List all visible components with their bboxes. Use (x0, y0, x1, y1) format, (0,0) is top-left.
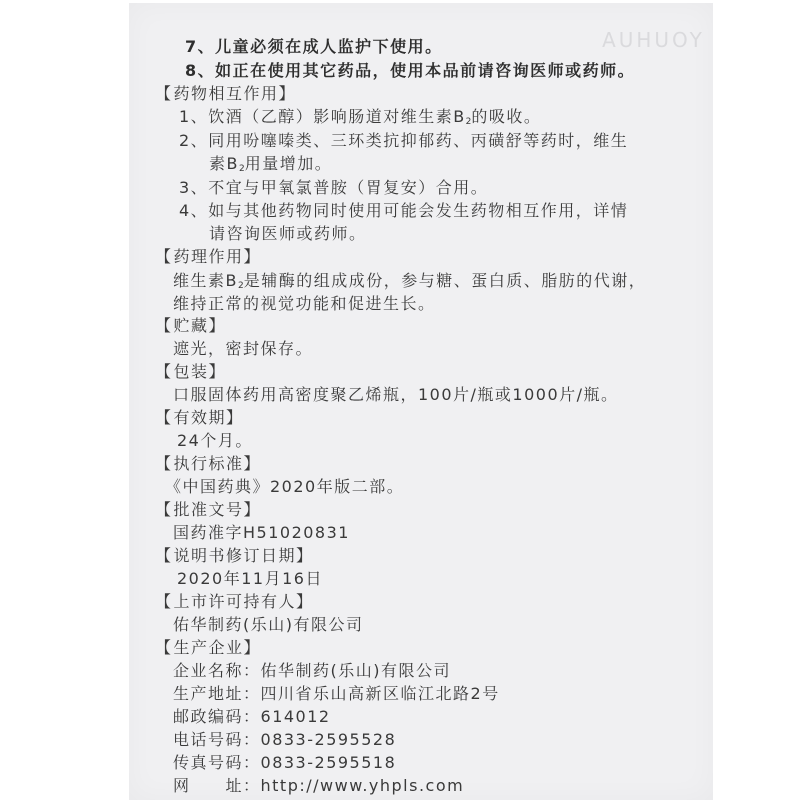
section-title-standard: 执行标准 (155, 454, 261, 474)
field-value: 0833-2595518 (261, 753, 397, 772)
precaution-item-8: 8、如正在使用其它药品，使用本品前请咨询医师或药师。 (185, 61, 635, 81)
section-title-storage: 贮藏 (155, 316, 226, 336)
section-title-revision-date: 说明书修订日期 (155, 546, 314, 566)
item-number: 2、 (179, 131, 208, 150)
interaction-item-1: 1、饮酒（乙醇）影响肠道对维生素B2的吸收。 (179, 107, 541, 132)
item-number: 1、 (179, 107, 208, 126)
leaflet-page: YOUHUA 7、儿童必须在成人监护下使用。 8、如正在使用其它药品，使用本品前… (129, 3, 713, 800)
manufacturer-field-postcode: 邮政编码：614012 (173, 707, 331, 727)
item-text: 的吸收。 (471, 107, 541, 126)
section-title-package: 包装 (155, 362, 226, 382)
interaction-item-2: 2、同用吩噻嗪类、三环类抗抑郁药、丙磺舒等药时，维生 (179, 131, 628, 151)
manufacturer-field-fax: 传真号码：0833-2595518 (173, 753, 396, 773)
field-label: 邮政编码： (173, 707, 261, 726)
package-text: 口服固体药用高密度聚乙烯瓶，100片/瓶或1000片/瓶。 (173, 385, 619, 405)
manufacturer-field-address: 生产地址：四川省乐山高新区临江北路2号 (173, 684, 500, 704)
bleed-through-logo: YOUHUA (599, 28, 702, 52)
interaction-item-4-cont: 请咨询医师或药师。 (209, 224, 367, 244)
item-text: 素B (209, 154, 239, 173)
item-number: 3、 (179, 178, 208, 197)
field-label: 传真号码： (173, 753, 261, 772)
text: 维生素B (173, 271, 238, 290)
section-title-manufacturer: 生产企业 (155, 638, 261, 658)
item-text: 如与其他药物同时使用可能会发生药物相互作用，详情 (208, 201, 628, 220)
standard-text: 《中国药典》2020年版二部。 (165, 477, 404, 497)
approval-text: 国药准字H51020831 (173, 523, 350, 543)
section-title-interactions: 药物相互作用 (155, 84, 296, 104)
interaction-item-4: 4、如与其他药物同时使用可能会发生药物相互作用，详情 (179, 201, 628, 221)
field-label: 企业名称： (173, 661, 261, 680)
field-label: 生产地址： (173, 684, 261, 703)
item-number: 7、 (185, 37, 215, 56)
validity-text: 24个月。 (177, 431, 253, 451)
manufacturer-field-website: 网 址：http://www.yhpls.com (173, 776, 464, 796)
item-number: 4、 (179, 201, 208, 220)
field-label: 电话号码： (173, 730, 261, 749)
section-title-pharmacology: 药理作用 (155, 247, 261, 267)
field-label: 网 址： (173, 776, 261, 795)
section-title-approval: 批准文号 (155, 500, 261, 520)
license-holder-text: 佑华制药(乐山)有限公司 (173, 615, 364, 635)
item-text: 用量增加。 (245, 154, 333, 173)
pharmacology-line-2: 维持正常的视觉功能和促进生长。 (173, 294, 436, 314)
field-value: 614012 (261, 707, 331, 726)
item-text: 饮酒（乙醇）影响肠道对维生素B (208, 107, 465, 126)
section-title-license-holder: 上市许可持有人 (155, 592, 314, 612)
item-text: 儿童必须在成人监护下使用。 (215, 37, 443, 56)
pharmacology-line-1: 维生素B2是辅酶的组成成份，参与糖、蛋白质、脂肪的代谢， (173, 271, 646, 296)
field-value: 佑华制药(乐山)有限公司 (261, 661, 452, 680)
field-value: http://www.yhpls.com (261, 776, 465, 795)
item-text: 如正在使用其它药品，使用本品前请咨询医师或药师。 (215, 61, 635, 80)
manufacturer-field-name: 企业名称：佑华制药(乐山)有限公司 (173, 661, 451, 681)
text: 是辅酶的组成成份，参与糖、蛋白质、脂肪的代谢， (244, 271, 647, 290)
precaution-item-7: 7、儿童必须在成人监护下使用。 (185, 37, 443, 57)
item-number: 8、 (185, 61, 215, 80)
section-title-validity: 有效期 (155, 408, 244, 428)
field-value: 0833-2595528 (261, 730, 397, 749)
field-value: 四川省乐山高新区临江北路2号 (261, 684, 500, 703)
manufacturer-field-phone: 电话号码：0833-2595528 (173, 730, 396, 750)
interaction-item-2-cont: 素B2用量增加。 (209, 154, 332, 179)
item-text: 同用吩噻嗪类、三环类抗抑郁药、丙磺舒等药时，维生 (208, 131, 628, 150)
revision-date-text: 2020年11月16日 (177, 569, 323, 589)
interaction-item-3: 3、不宜与甲氧氯普胺（胃复安）合用。 (179, 178, 488, 198)
item-text: 不宜与甲氧氯普胺（胃复安）合用。 (208, 178, 488, 197)
storage-text: 遮光，密封保存。 (173, 339, 313, 359)
